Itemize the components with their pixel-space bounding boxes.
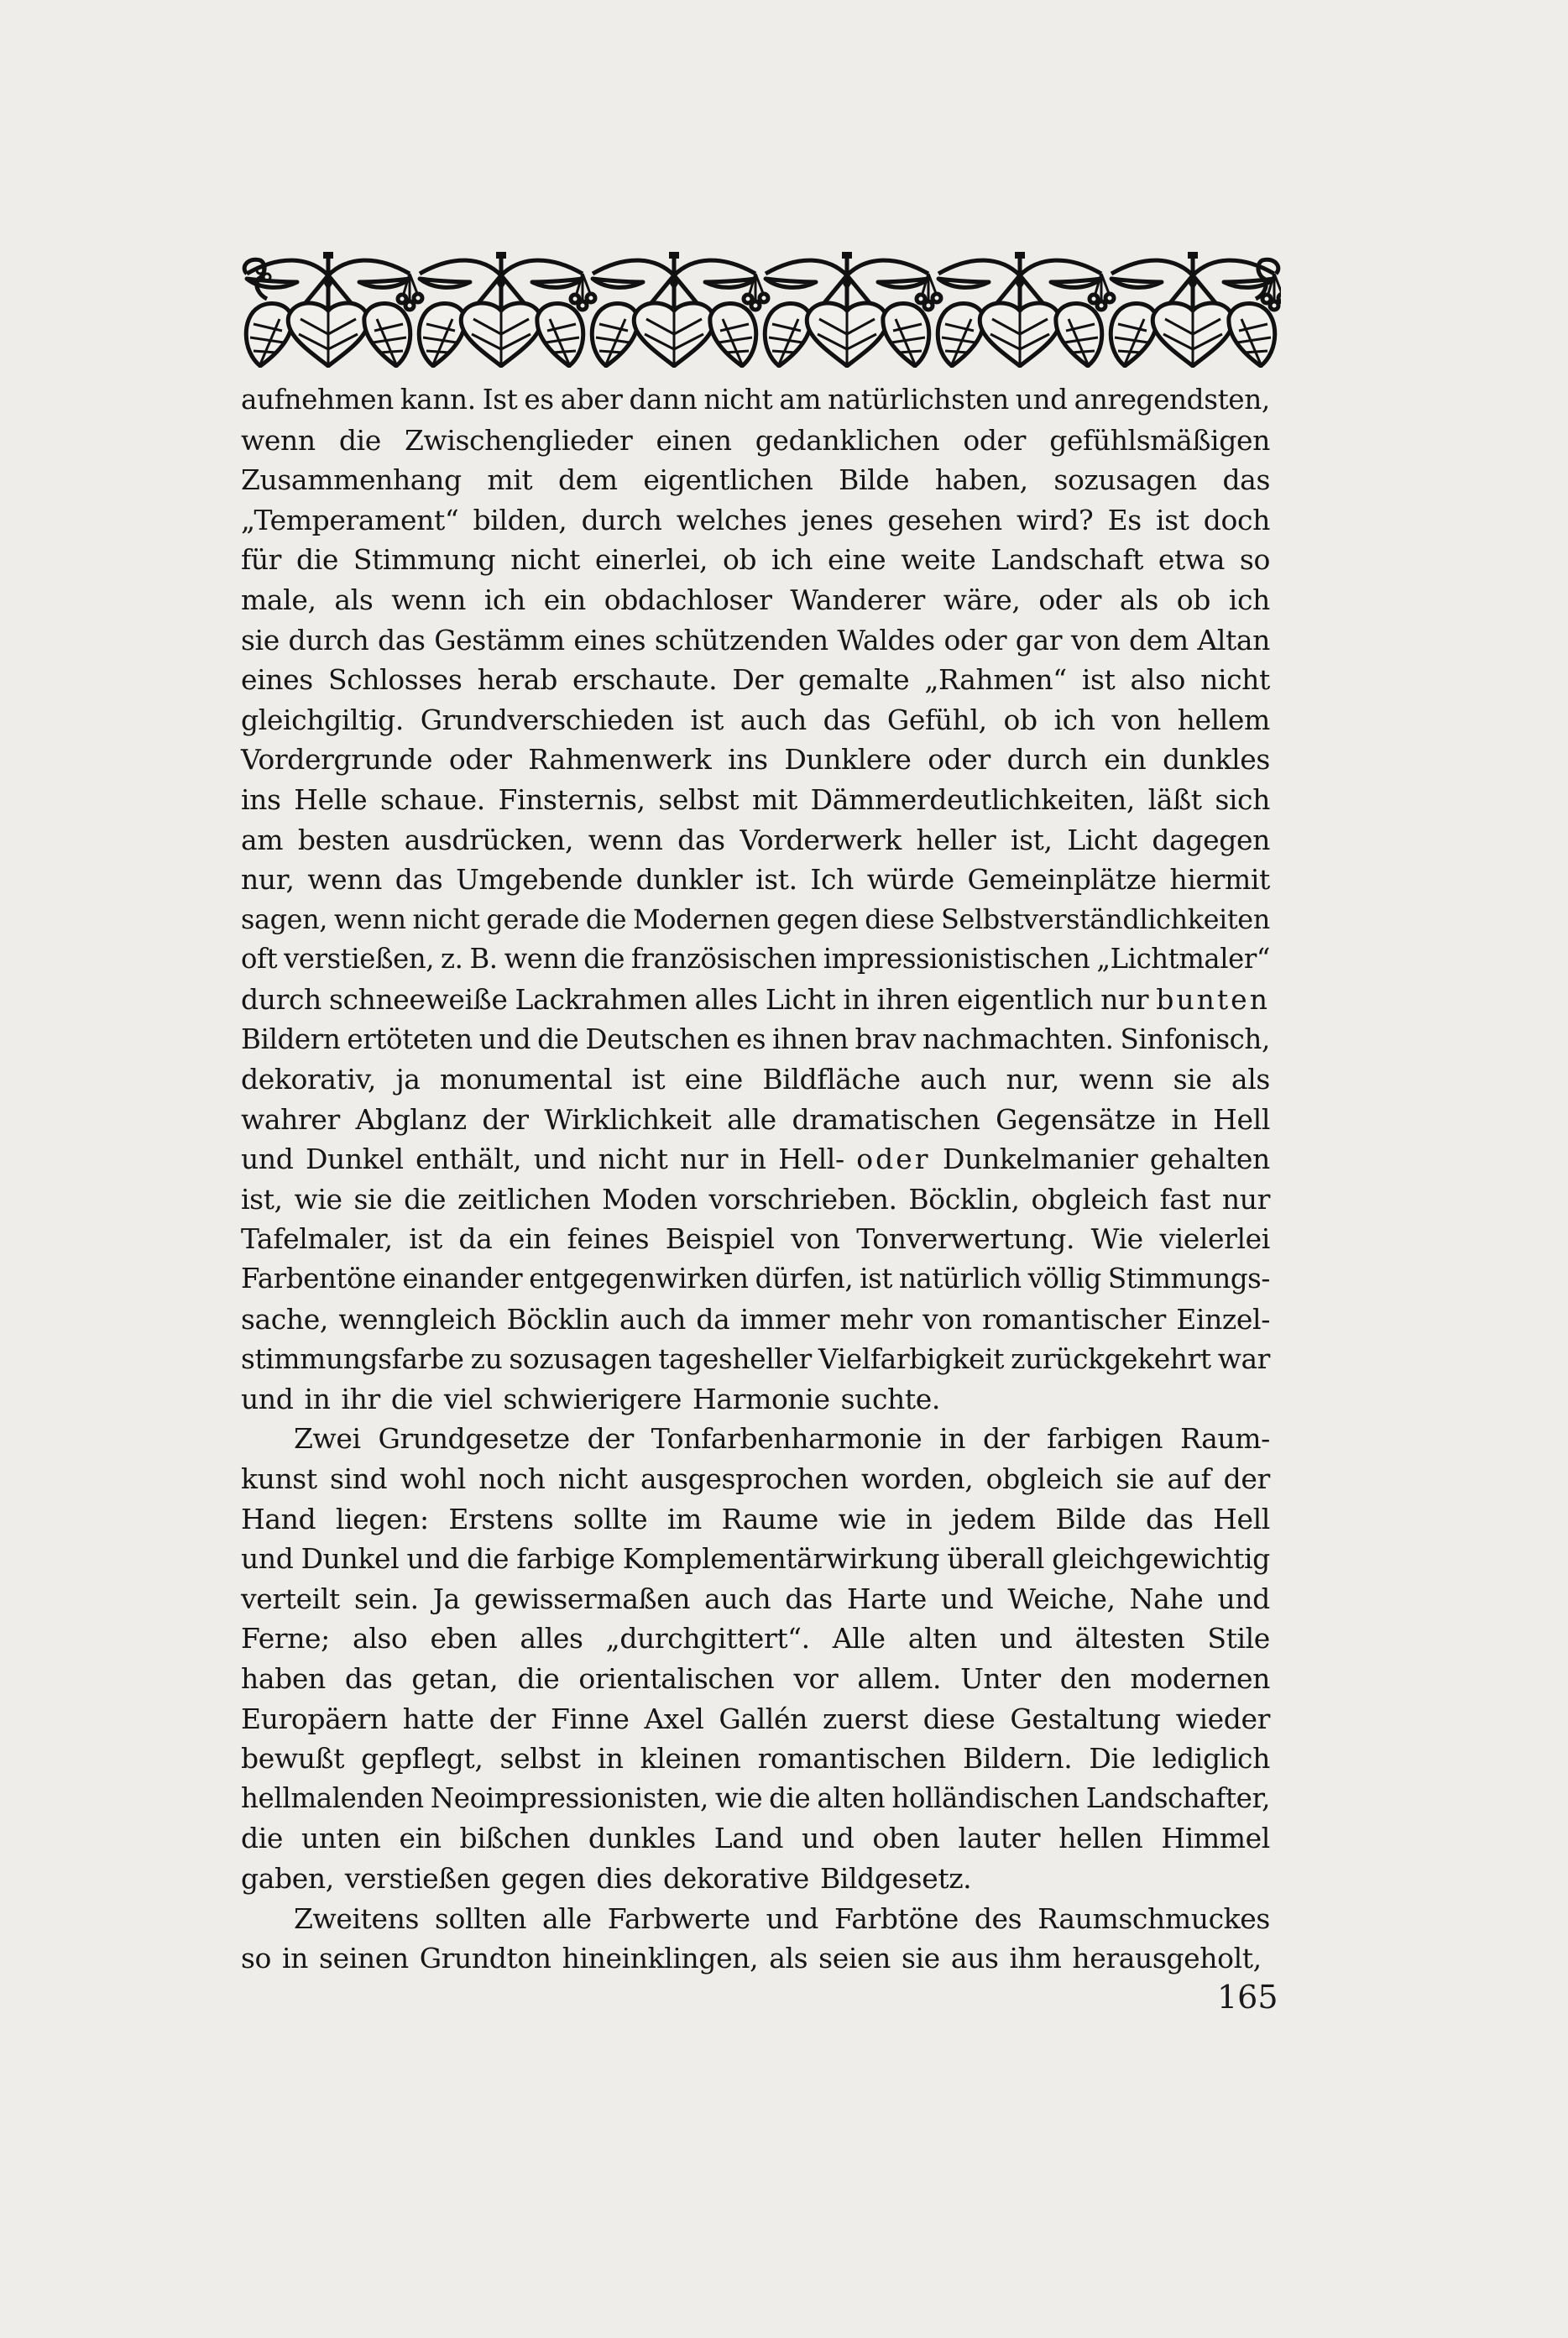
text-line: undDunkelunddiefarbigeKomplementärwirkun… bbox=[241, 1539, 1270, 1579]
page-number: 165 bbox=[1217, 1979, 1278, 2016]
text-line: habendasgetan,dieorientalischenvorallem.… bbox=[241, 1659, 1270, 1699]
text-line: dekorativ,jamonumentalisteineBildflächea… bbox=[241, 1059, 1270, 1100]
paragraph: aufnehmenkann.Istesaberdannnichtamnatürl… bbox=[241, 380, 1270, 1419]
text-line: dieunteneinbißchendunklesLandundobenlaut… bbox=[241, 1818, 1270, 1859]
text-line: BildernertötetenunddieDeutschenesihnenbr… bbox=[241, 1020, 1270, 1060]
text-line: ist,wiesiediezeitlichenModenvorschrieben… bbox=[241, 1179, 1270, 1220]
text-line: insHelleschaue.Finsternis,selbstmitDämme… bbox=[241, 780, 1270, 820]
paragraph: ZweiGrundgesetzederTonfarbenharmonieinde… bbox=[241, 1419, 1270, 1898]
text-line: gleichgiltig.GrundverschiedenistauchdasG… bbox=[241, 700, 1270, 740]
leaf-frieze-ornament bbox=[242, 250, 1281, 368]
text-line: hellmalendenNeoimpressionisten,wiediealt… bbox=[241, 1779, 1270, 1819]
text-line: stimmungsfarbezusozusagentageshellerViel… bbox=[241, 1339, 1270, 1379]
text-line: ambestenausdrücken,wenndasVorderwerkhell… bbox=[241, 820, 1270, 860]
text-line: soinseinenGrundtonhineinklingen,alsseien… bbox=[241, 1938, 1270, 1979]
text-line: durchschneeweißeLackrahmenallesLichtinih… bbox=[241, 980, 1270, 1020]
text-line: VordergrundeoderRahmenwerkinsDunklereode… bbox=[241, 740, 1270, 780]
text-line: aufnehmenkann.Istesaberdannnichtamnatürl… bbox=[241, 380, 1270, 421]
text-line: einesSchlossesheraberschaute.Dergemalte„… bbox=[241, 660, 1270, 700]
book-page: aufnehmenkann.Istesaberdannnichtamnatürl… bbox=[0, 0, 1568, 2338]
text-line: sache,wenngleichBöcklinauchdaimmermehrvo… bbox=[241, 1300, 1270, 1340]
text-line: ZweitenssolltenalleFarbwerteundFarbtöned… bbox=[241, 1899, 1270, 1939]
text-line: undDunkelenthält,undnichtnurinHell-oderD… bbox=[241, 1139, 1270, 1179]
text-line: gaben,verstießengegendiesdekorativeBildg… bbox=[241, 1859, 1270, 1899]
text-line: oftverstießen,z.B.wenndiefranzösischenim… bbox=[241, 939, 1270, 980]
text-line: Tafelmaler,istdaeinfeinesBeispielvonTonv… bbox=[241, 1219, 1270, 1259]
text-line: undinihrdievielschwierigereHarmoniesucht… bbox=[241, 1379, 1270, 1420]
body-text: aufnehmenkann.Istesaberdannnichtamnatürl… bbox=[241, 380, 1270, 1979]
text-line: ZusammenhangmitdemeigentlichenBildehaben… bbox=[241, 460, 1270, 500]
leaf-frieze-icon bbox=[242, 250, 1281, 368]
text-line: nur,wenndasUmgebendedunklerist.IchwürdeG… bbox=[241, 860, 1270, 900]
text-line: Ferne;alsoebenalles„durchgittert“.Alleal… bbox=[241, 1619, 1270, 1659]
text-line: wahrerAbglanzderWirklichkeitalledramatis… bbox=[241, 1100, 1270, 1140]
text-line: „Temperament“bilden,durchwelchesjenesges… bbox=[241, 500, 1270, 541]
text-line: Farbentöneeinanderentgegenwirkendürfen,i… bbox=[241, 1259, 1270, 1300]
text-line: wenndieZwischengliedereinengedanklicheno… bbox=[241, 421, 1270, 461]
text-line: ZweiGrundgesetzederTonfarbenharmonieinde… bbox=[241, 1419, 1270, 1459]
text-line: EuropäernhattederFinneAxelGallénzuerstdi… bbox=[241, 1699, 1270, 1739]
text-line: fürdieStimmungnichteinerlei,obicheinewei… bbox=[241, 540, 1270, 580]
text-line: sagen,wennnichtgeradedieModernengegendie… bbox=[241, 900, 1270, 940]
text-line: kunstsindwohlnochnichtausgesprochenworde… bbox=[241, 1459, 1270, 1499]
paragraph-container: aufnehmenkann.Istesaberdannnichtamnatürl… bbox=[241, 380, 1270, 1979]
text-line: Handliegen:ErstenssollteimRaumewieinjede… bbox=[241, 1499, 1270, 1540]
text-line: male,alswennicheinobdachloserWandererwär… bbox=[241, 580, 1270, 620]
text-line: bewußtgepflegt,selbstinkleinenromantisch… bbox=[241, 1739, 1270, 1779]
text-line: siedurchdasGestämmeinesschützendenWaldes… bbox=[241, 620, 1270, 661]
paragraph: ZweitenssolltenalleFarbwerteundFarbtöned… bbox=[241, 1899, 1270, 1979]
text-line: verteiltsein.JagewissermaßenauchdasHarte… bbox=[241, 1579, 1270, 1619]
